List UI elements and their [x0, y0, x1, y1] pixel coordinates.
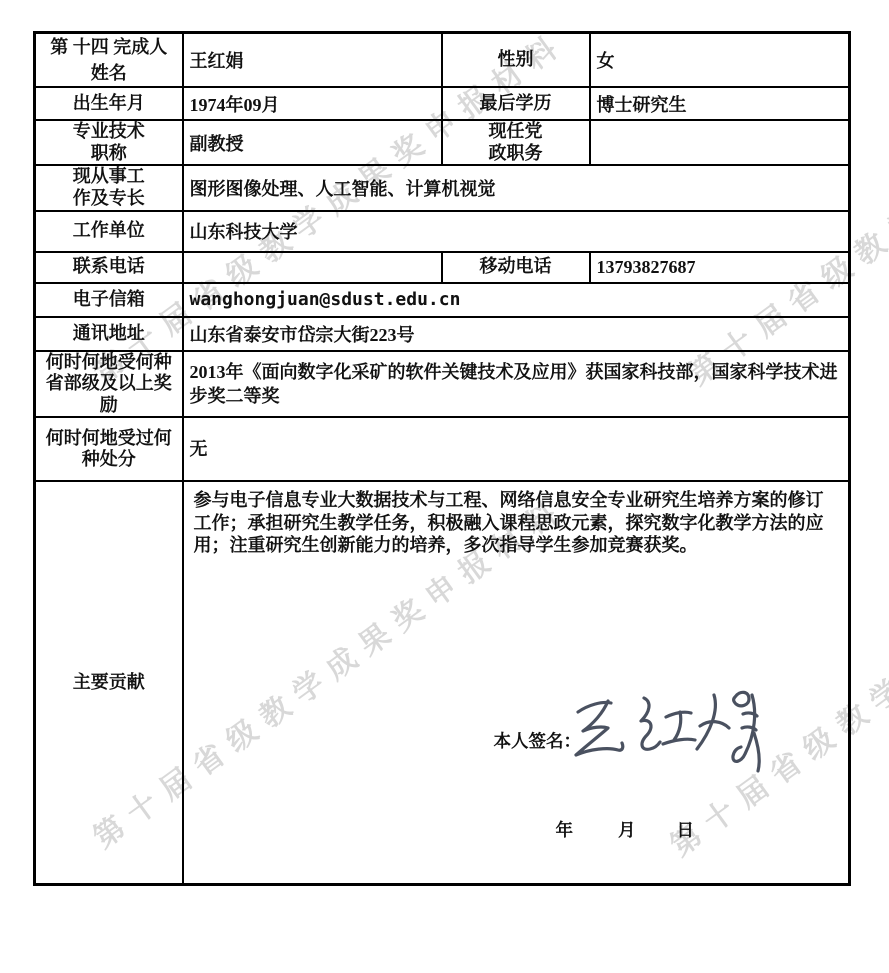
table-row: 第 十四 完成人 姓名 王红娟 性别 女: [35, 33, 850, 88]
field-label-gender: 性别: [442, 33, 590, 88]
table-row: 专业技术 职称 副教授 现任党 政职务: [35, 120, 850, 165]
table-row: 现从事工 作及专长 图形图像处理、人工智能、计算机视觉: [35, 165, 850, 210]
main-contributions-area: 参与电子信息专业大数据技术与工程、网络信息安全专业研究生培养方案的修订工作；承担…: [190, 483, 843, 882]
field-value-final-degree: 博士研究生: [590, 87, 850, 120]
table-row: 联系电话 移动电话 13793827687: [35, 252, 850, 283]
field-value-contact-phone: [183, 252, 442, 283]
field-label-mailing-address: 通讯地址: [35, 317, 183, 351]
table-row: 电子信箱 wanghongjuan@sdust.edu.cn: [35, 283, 850, 317]
field-value-completer-name: 王红娟: [183, 33, 442, 88]
field-value-awards: 2013年《面向数字化采矿的软件关键技术及应用》获国家科技部，国家科学技术进步奖…: [183, 351, 850, 418]
date-line: 年月日: [556, 817, 695, 842]
personnel-form-table: 第 十四 完成人 姓名 王红娟 性别 女 出生年月 1974年09月 最后学历 …: [33, 31, 851, 886]
table-row: 主要贡献 参与电子信息专业大数据技术与工程、网络信息安全专业研究生培养方案的修订…: [35, 481, 850, 884]
page-root: { "watermark": { "text": "第十届省级教学成果奖申报材料…: [0, 0, 889, 973]
field-label-awards: 何时何地受何种 省部级及以上奖 励: [35, 351, 183, 418]
field-value-current-work: 图形图像处理、人工智能、计算机视觉: [183, 165, 850, 210]
field-label-contact-phone: 联系电话: [35, 252, 183, 283]
day-label: 日: [677, 820, 695, 840]
field-value-employer: 山东科技大学: [183, 211, 850, 252]
field-label-birth-date: 出生年月: [35, 87, 183, 120]
field-value-birth-date: 1974年09月: [183, 87, 442, 120]
month-label: 月: [618, 820, 636, 840]
field-value-professional-title: 副教授: [183, 120, 442, 165]
field-label-email: 电子信箱: [35, 283, 183, 317]
field-label-mobile-phone: 移动电话: [442, 252, 590, 283]
field-value-party-post: [590, 120, 850, 165]
table-row: 何时何地受何种 省部级及以上奖 励 2013年《面向数字化采矿的软件关键技术及应…: [35, 351, 850, 418]
table-row: 通讯地址 山东省泰安市岱宗大街223号: [35, 317, 850, 351]
field-label-professional-title: 专业技术 职称: [35, 120, 183, 165]
field-label-final-degree: 最后学历: [442, 87, 590, 120]
field-value-gender: 女: [590, 33, 850, 88]
field-value-mobile-phone: 13793827687: [590, 252, 850, 283]
field-label-employer: 工作单位: [35, 211, 183, 252]
year-label: 年: [556, 820, 574, 840]
field-label-main-contributions: 主要贡献: [35, 481, 183, 884]
field-label-punishments: 何时何地受过何 种处分: [35, 417, 183, 481]
field-value-main-contributions: 参与电子信息专业大数据技术与工程、网络信息安全专业研究生培养方案的修订工作；承担…: [183, 481, 850, 884]
field-value-mailing-address: 山东省泰安市岱宗大街223号: [183, 317, 850, 351]
table-row: 何时何地受过何 种处分 无: [35, 417, 850, 481]
field-value-punishments: 无: [183, 417, 850, 481]
field-label-completer-name: 第 十四 完成人 姓名: [35, 33, 183, 88]
field-label-party-post: 现任党 政职务: [442, 120, 590, 165]
signature-handwriting: [552, 671, 782, 786]
field-label-current-work: 现从事工 作及专长: [35, 165, 183, 210]
field-value-email: wanghongjuan@sdust.edu.cn: [183, 283, 850, 317]
contributions-paragraph: 参与电子信息专业大数据技术与工程、网络信息安全专业研究生培养方案的修订工作；承担…: [190, 483, 843, 557]
table-row: 出生年月 1974年09月 最后学历 博士研究生: [35, 87, 850, 120]
table-row: 工作单位 山东科技大学: [35, 211, 850, 252]
